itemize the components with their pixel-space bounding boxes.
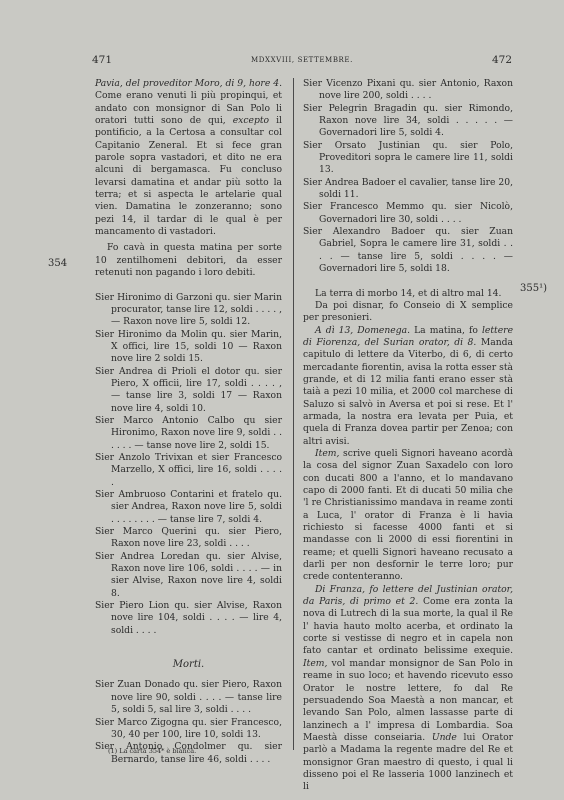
list-entry: Sier Marco Zigogna qu. sier Francesco, 3… [95, 717, 282, 742]
paragraph-consejo: Da poi disnar, fo Conseio di X semplice … [303, 300, 513, 325]
list-entry: Sier Alexandro Badoer qu. sier Zuan Gabr… [303, 226, 513, 275]
list-entry: Sier Andrea Badoer el cavalier, tanse li… [303, 177, 513, 202]
list-entry: Sier Marco Querini qu. sier Piero, Raxon… [95, 526, 282, 551]
column-divider [293, 78, 294, 750]
list-entry: Sier Andrea Loredan qu. sier Alvise, Rax… [95, 551, 282, 600]
margin-number-left: 354 [48, 258, 67, 269]
right-column: Sier Vicenzo Pixani qu. sier Antonio, Ra… [303, 78, 513, 794]
paragraph-pavia: Pavia, del proveditor Moro, di 9, hore 4… [95, 78, 282, 238]
running-head: 471 MDXXVIII, SETTEMBRE. 472 [92, 54, 512, 68]
list-entry: Sier Hironimo da Molin qu. sier Marin, X… [95, 329, 282, 366]
list-entry: Sier Francesco Memmo qu. sier Nicolò, Go… [303, 201, 513, 226]
list-entry: Sier Piero Lion qu. sier Alvise, Raxon n… [95, 600, 282, 637]
list-entry: Sier Ambruoso Contarini et fratelo qu. s… [95, 489, 282, 526]
paragraph-morbo: La terra di morbo 14, et di altro mal 14… [303, 288, 513, 300]
footnote: (1) La carta 354* è bianca. [108, 747, 196, 755]
paragraph-domenega: A dì 13, Domenega. La matina, fo lettere… [303, 325, 513, 448]
list-entry: Sier Andrea di Prioli el dotor qu. sier … [95, 366, 282, 415]
list-entry: Sier Anzolo Trivixan et sier Francesco M… [95, 452, 282, 489]
paragraph-franza: Di Franza, fo lettere del Justinian orat… [303, 584, 513, 794]
book-page: 471 MDXXVIII, SETTEMBRE. 472 Pavia, del … [0, 0, 564, 800]
margin-number-right: 355¹) [520, 283, 547, 294]
list-entry: Sier Pelegrin Bragadin qu. sier Rimondo,… [303, 103, 513, 140]
left-column: Pavia, del proveditor Moro, di 9, hore 4… [95, 78, 282, 766]
list-entry: Sier Vicenzo Pixani qu. sier Antonio, Ra… [303, 78, 513, 103]
page-number-right: 472 [492, 54, 512, 66]
paragraph-debitori: Fo cavà in questa matina per sorte 10 ze… [95, 242, 282, 279]
list-entry: Sier Zuan Donado qu. sier Piero, Raxon n… [95, 679, 282, 716]
italic-lead: Pavia, del proveditor Moro, di 9, hore 4… [95, 78, 282, 89]
list-entry: Sier Orsato Justinian qu. sier Polo, Pro… [303, 140, 513, 177]
list-entry: Sier Hironimo di Garzoni qu. sier Marin … [95, 292, 282, 329]
paragraph-item: Item, scrive queli Signori haveano acord… [303, 448, 513, 584]
list-entry: Sier Marco Antonio Calbo qu sier Hironim… [95, 415, 282, 452]
section-heading-morti: Morti. [95, 659, 282, 671]
running-title: MDXXVIII, SETTEMBRE. [92, 56, 512, 64]
